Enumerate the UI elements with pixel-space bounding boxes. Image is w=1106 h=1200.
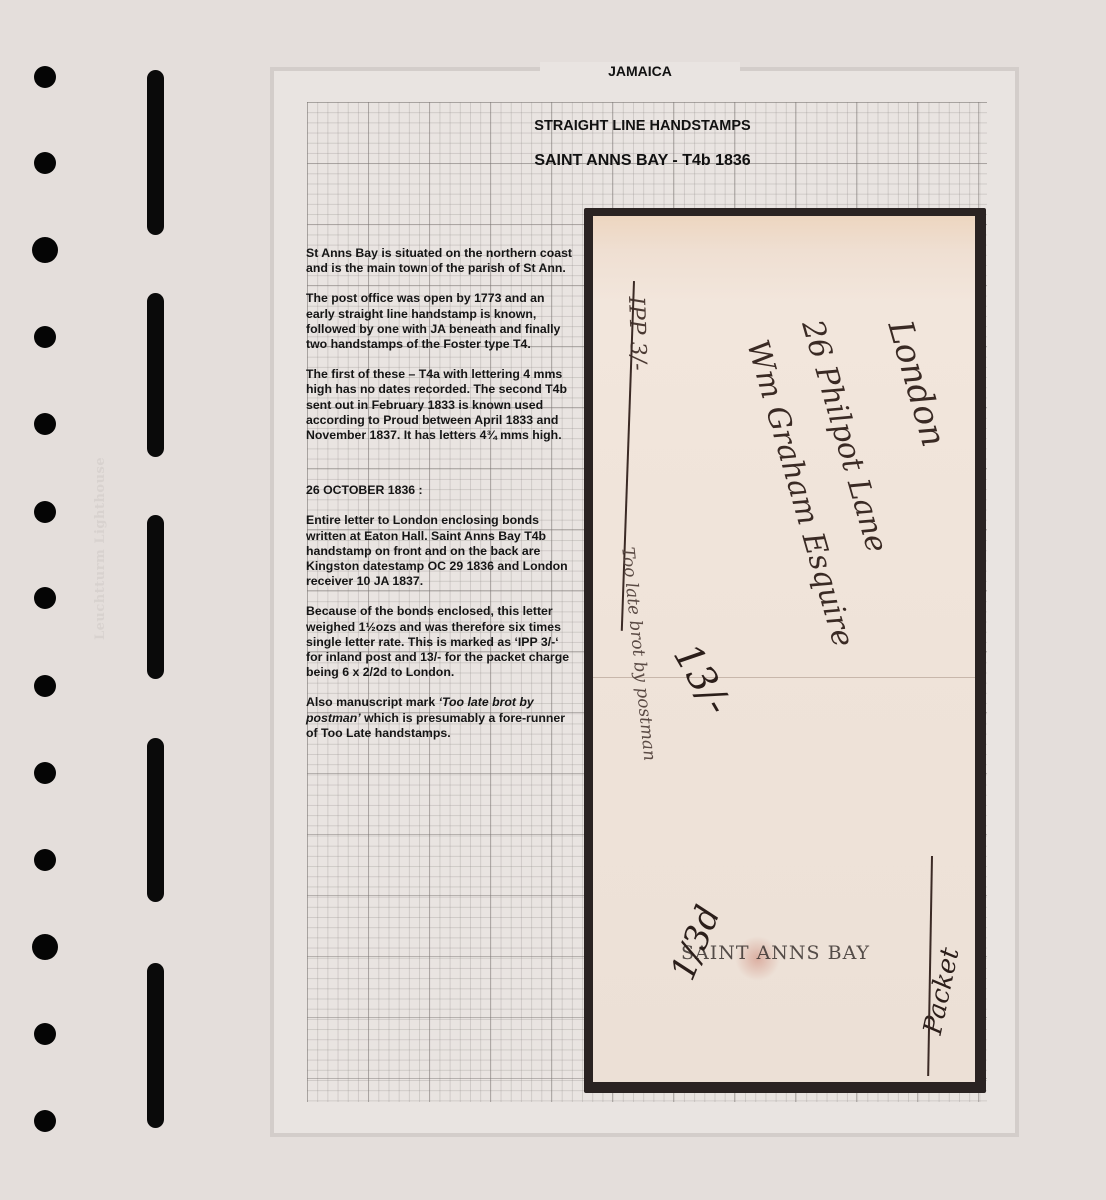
description-column: St Anns Bay is situated on the northern … (306, 246, 576, 756)
address-line-3: London (880, 316, 954, 451)
section-heading: STRAIGHT LINE HANDSTAMPS (500, 118, 785, 134)
binder-slot (147, 293, 164, 457)
binder-slot (147, 515, 164, 679)
binder-hole (34, 675, 56, 697)
date-heading: 26 OCTOBER 1836 : (306, 483, 576, 498)
binder-hole (34, 849, 56, 871)
paragraph-types: The first of these – T4a with lettering … (306, 367, 576, 443)
entire-letter-cover: IPP 3/- Too late brot by postman Wm Grah… (593, 216, 975, 1082)
binder-hole (32, 934, 58, 960)
paragraph-location: St Anns Bay is situated on the northern … (306, 246, 576, 276)
binder-hole (34, 152, 56, 174)
binder-hole (34, 1023, 56, 1045)
binder-hole (34, 66, 56, 88)
packet-mark: Packet (918, 945, 966, 1037)
binder-hole (34, 587, 56, 609)
paragraph-history: The post office was open by 1773 and an … (306, 291, 576, 352)
subsection-heading: SAINT ANNS BAY - T4b 1836 (500, 152, 785, 170)
binder-hole (34, 501, 56, 523)
rate-mark: 13/- (665, 636, 740, 722)
page-title: JAMAICA (540, 62, 740, 80)
binder-slot (147, 70, 164, 235)
paragraph-rates: Because of the bonds enclosed, this lett… (306, 604, 576, 680)
manuscript-too-late: Too late brot by postman (617, 546, 659, 762)
binder-slot (147, 738, 164, 902)
binder-slot (147, 963, 164, 1128)
binder-hole (34, 762, 56, 784)
binder-hole (34, 326, 56, 348)
watermark: Leuchtturm Lighthouse (93, 457, 108, 640)
binder-hole (34, 413, 56, 435)
binder-hole (32, 237, 58, 263)
binder-hole (34, 1110, 56, 1132)
paragraph-manuscript: Also manuscript mark ‘Too late brot by p… (306, 695, 576, 741)
manuscript-ipp-mark: IPP 3/- (623, 296, 651, 371)
paragraph-letter: Entire letter to London enclosing bonds … (306, 513, 576, 589)
